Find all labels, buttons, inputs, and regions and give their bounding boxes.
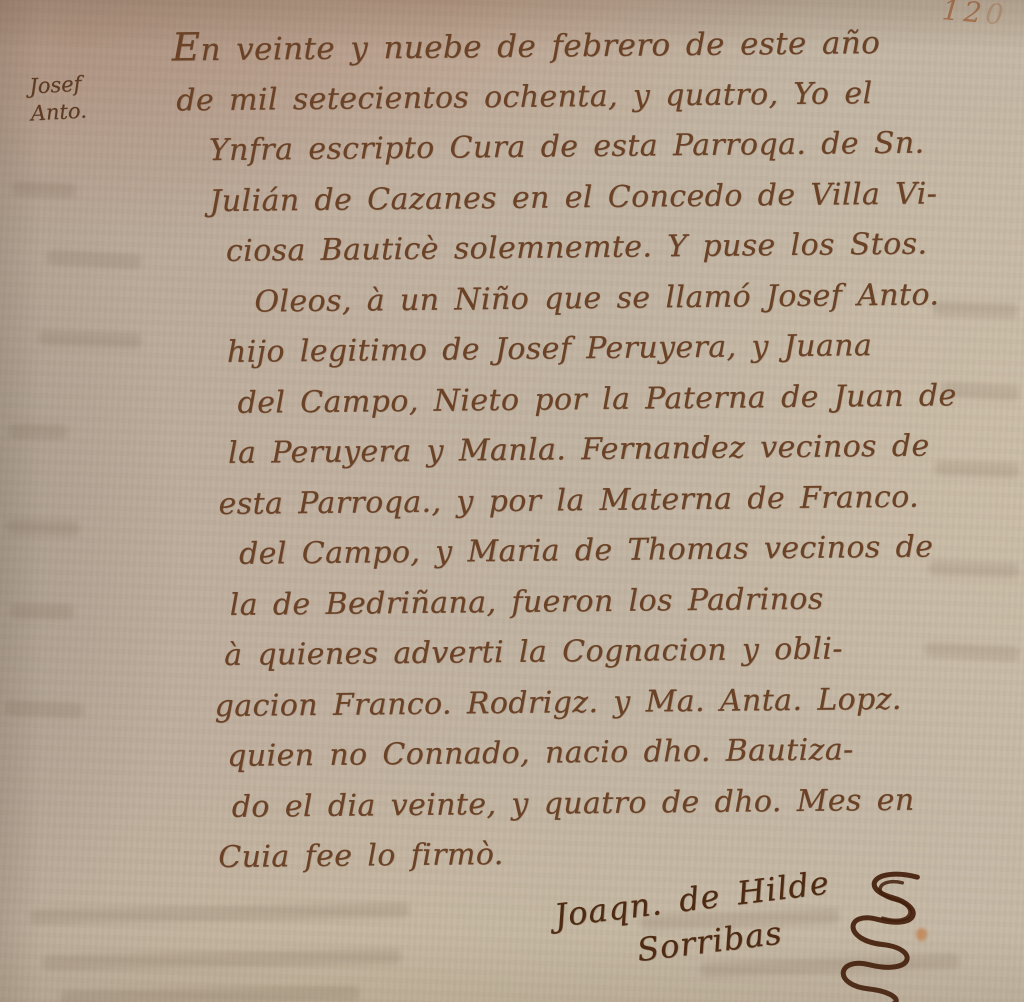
bleed-through-mark xyxy=(42,949,402,970)
record-line: del Campo, y Maria de Thomas vecinos de xyxy=(239,522,1011,581)
record-line: do el dia veinte, y quatro de dho. Mes e… xyxy=(231,774,1013,833)
record-line: En veinte y nuebe de febrero de este año xyxy=(172,15,1007,76)
record-line: Oleos, à un Niño que se llamó Josef Anto… xyxy=(254,269,1008,327)
bleed-through-mark xyxy=(60,985,360,1002)
signature-rubric-flourish xyxy=(824,860,936,1002)
record-line: ciosa Bauticè solemnemte. Y puse los Sto… xyxy=(226,219,1008,278)
baptismal-record-text: En veinte y nuebe de febrero de este año… xyxy=(0,15,1014,886)
record-line: de mil setecientos ochenta, y quatro, Yo… xyxy=(176,67,1006,126)
record-line: esta Parroqa., y por la Materna de Franc… xyxy=(218,471,1010,530)
record-line: quien no Connado, nacio dho. Bautiza- xyxy=(227,724,1013,783)
record-line: gacion Franco. Rodrigz. y Ma. Anta. Lopz… xyxy=(214,673,1012,732)
manuscript-page: 120 Josef Anto. En veinte y nuebe de feb… xyxy=(0,0,1024,1002)
record-line: la Peruyera y Manla. Fernandez vecinos d… xyxy=(228,421,1010,480)
record-line: Julián de Cazanes en el Concedo de Villa… xyxy=(209,168,1007,227)
record-line: Ynfra escripto Cura de esta Parroqa. de … xyxy=(209,118,1007,177)
record-line: la de Bedriñana, fueron los Padrinos xyxy=(229,572,1011,631)
bleed-through-mark xyxy=(30,903,410,925)
record-line: del Campo, Nieto por la Paterna de Juan … xyxy=(237,370,1009,429)
record-line: hijo legitimo de Josef Peruyera, y Juana xyxy=(227,320,1009,379)
record-line: à quienes adverti la Cognacion y obli- xyxy=(224,623,1012,682)
priest-signature: Joaqn. de Hilde Sorribas xyxy=(552,863,837,978)
